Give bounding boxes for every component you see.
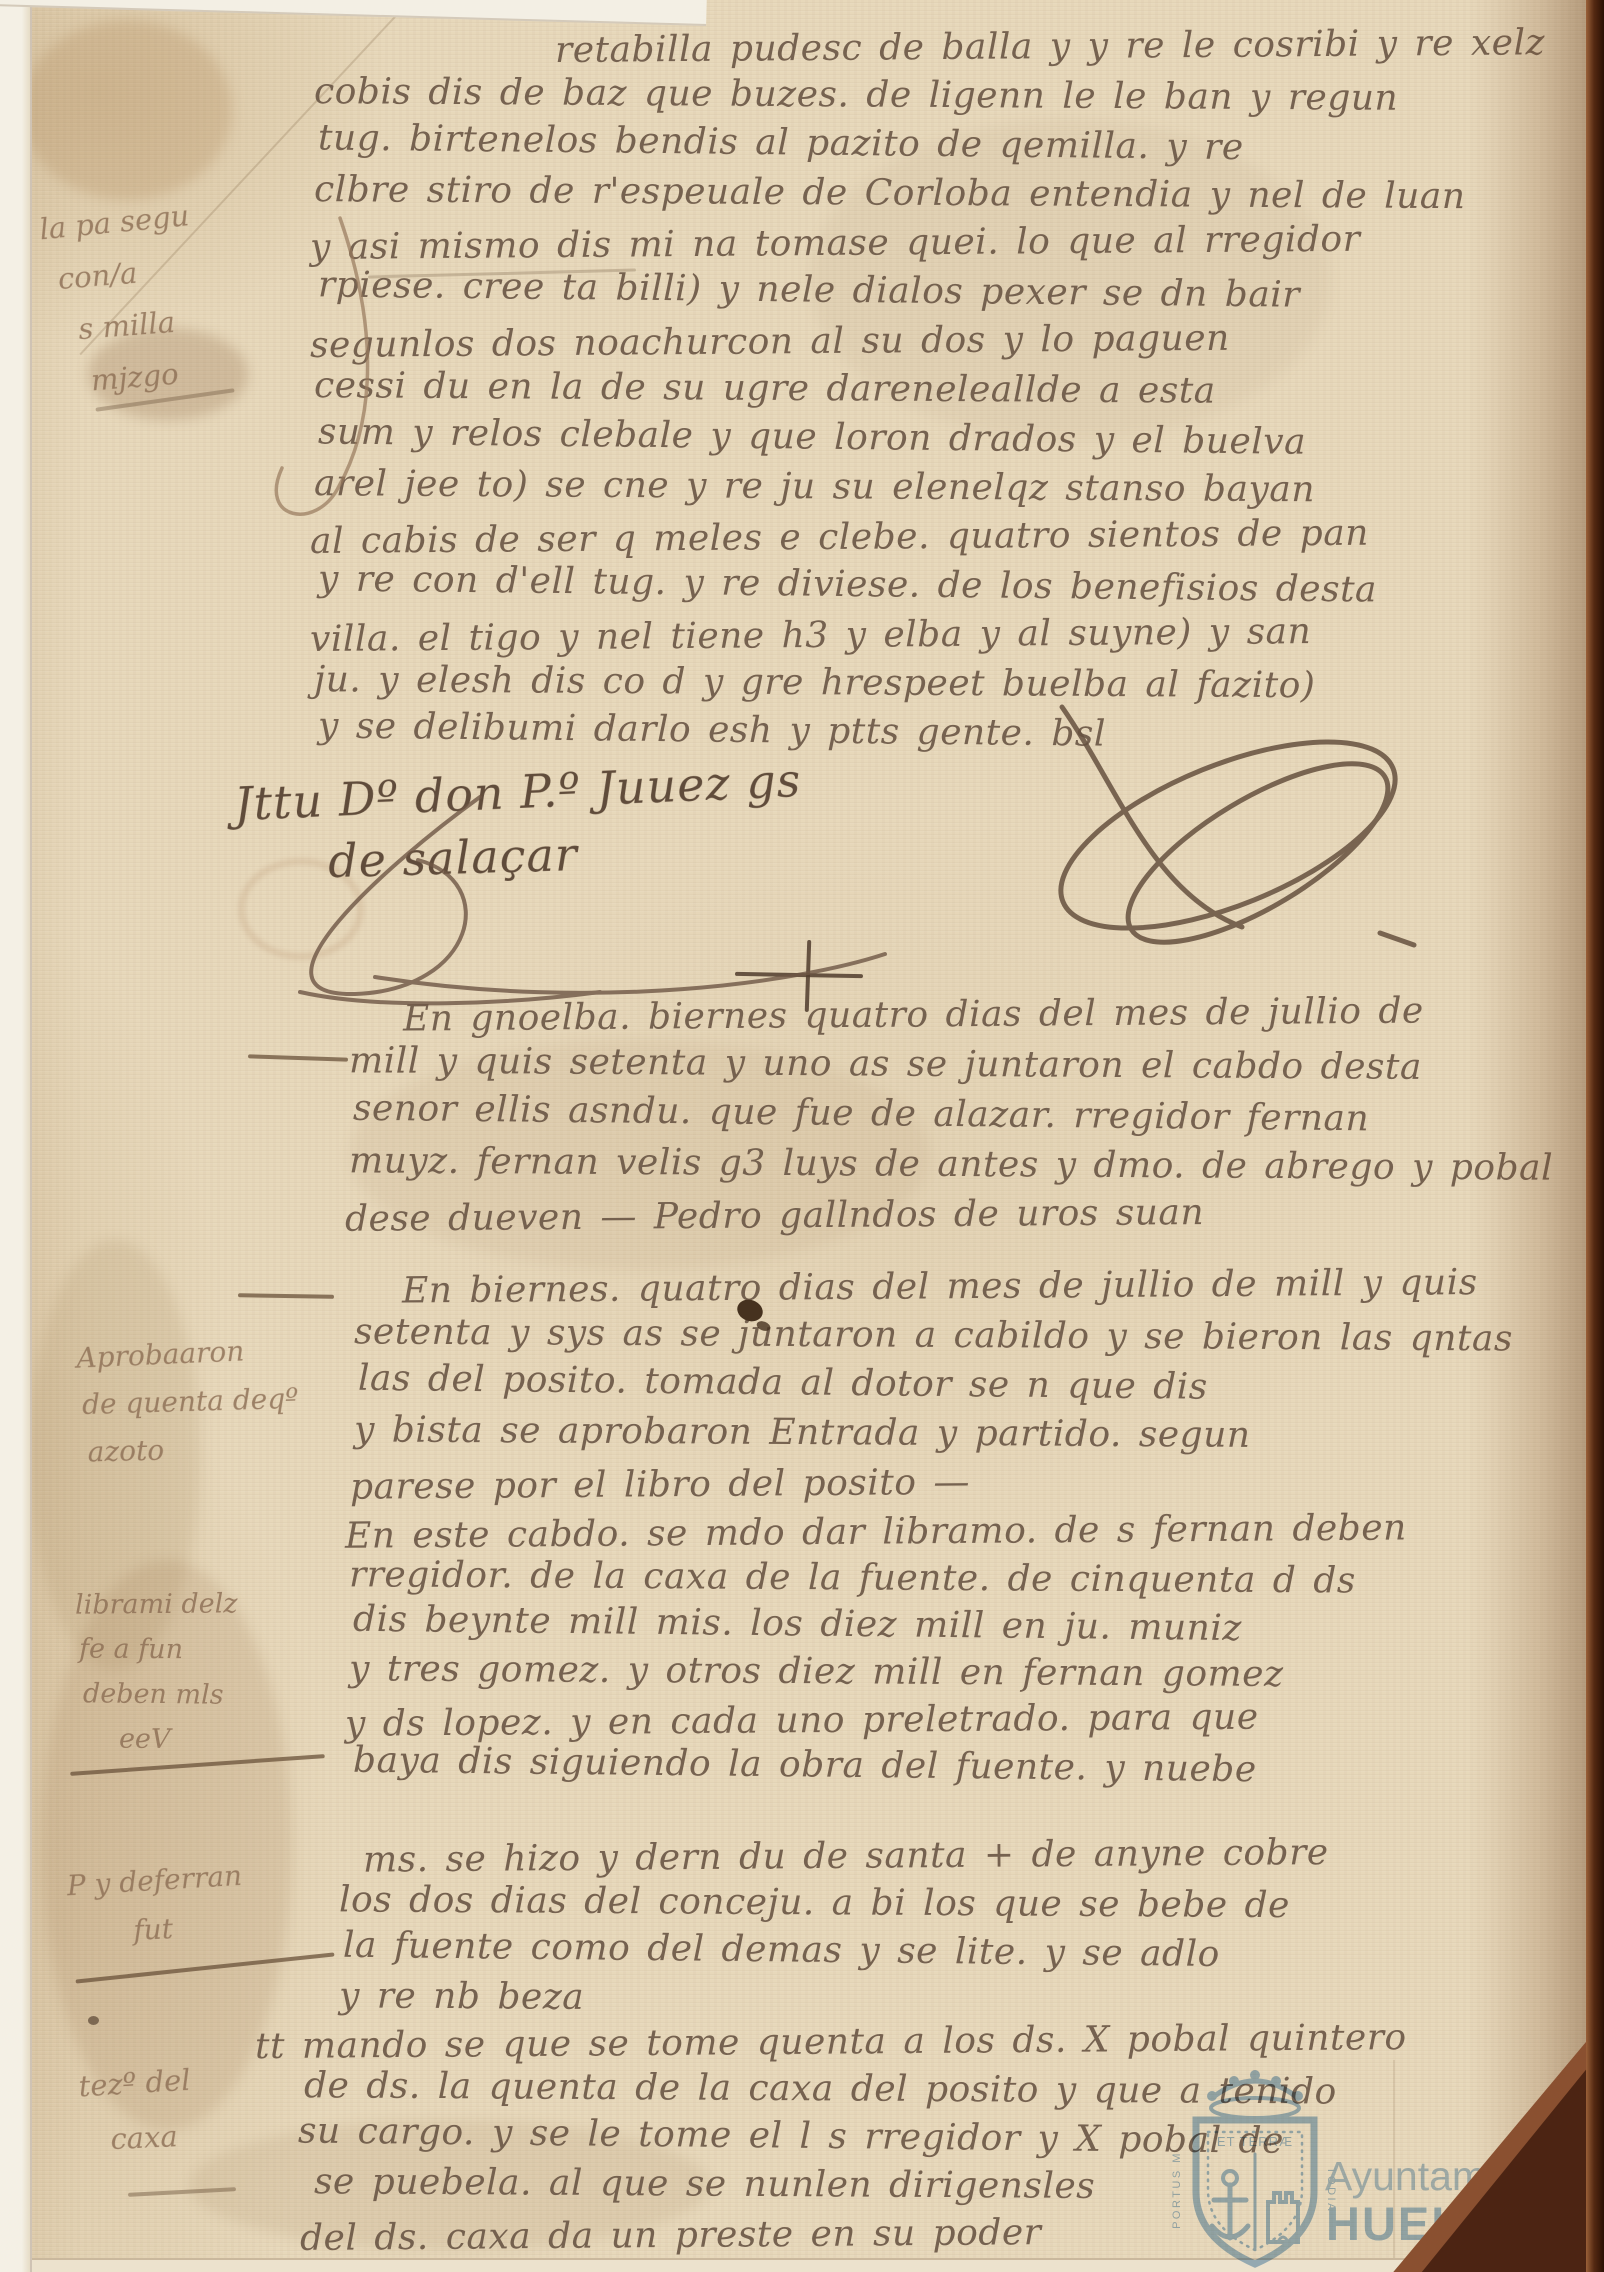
ink-blot (88, 2016, 99, 2025)
handwriting-line: fut (132, 1901, 250, 1955)
handwriting-line: de quenta deqº (81, 1375, 299, 1429)
body-paragraph-4: En este cabdo. se mdo dar libramo. de s … (345, 1508, 1560, 1790)
handwriting-line: dese dueven — Pedro gallndos de uros sua… (345, 1185, 1555, 1245)
manuscript-scan: retabilla pudesc de balla y y re le cosr… (0, 0, 1604, 2272)
handwriting-line: muyz. fernan velis g3 luys de antes y dm… (349, 1136, 1559, 1193)
body-paragraph-3: En biernes. quatro dias del mes de julli… (350, 1262, 1550, 1507)
margin-note-ferran: P y deferranfut (66, 1851, 246, 1958)
handwriting-line: fe a fun (79, 1627, 242, 1673)
handwriting-line: librami delz (75, 1581, 238, 1627)
signature-flourish (180, 742, 1080, 1042)
handwriting-line: En este cabdo. se mdo dar libramo. de s … (345, 1503, 1560, 1560)
body-paragraph-1: retabilla pudesc de balla y y re le cosr… (310, 22, 1580, 757)
handwriting-line: baya dis siguiendo la obra del fuente. y… (353, 1737, 1568, 1797)
handwriting-line: y bista se aprobaron Entrada y partido. … (354, 1405, 1554, 1461)
handwriting-line: arel jee to) se cne y re ju su elenelqz … (314, 459, 1584, 516)
shield-left-text: PORTUS M (1171, 2151, 1183, 2229)
handwriting-line: eeV (119, 1717, 242, 1763)
scan-left-edge (0, 0, 32, 2272)
handwriting-line: caxa (109, 2108, 198, 2167)
handwriting-line: parese por el libro del posito — (350, 1453, 1550, 1511)
handwriting-line: segunlos dos noachurcon al su dos y lo p… (310, 311, 1580, 370)
handwriting-line: retabilla pudesc de balla y y re le cosr… (555, 18, 1580, 75)
rubric-flourish (1000, 695, 1480, 985)
margin-flourish (40, 190, 370, 540)
body-paragraph-5: ms. se hizo y dern du de santa + de anyn… (335, 1832, 1535, 2024)
handwriting-line: tezº del (77, 2053, 192, 2115)
book-binding-edge (1586, 0, 1604, 2272)
margin-note-approbation: Aprobaaronde quenta deqºazoto (76, 1326, 297, 1477)
margin-note-caxa: tezº delcaxa (77, 2053, 195, 2169)
huelva-coat-of-arms (1196, 2070, 1314, 2264)
handwriting-line: Aprobaaron (75, 1325, 293, 1382)
handwriting-line: villa. el tigo y nel tiene h3 y elba y a… (310, 605, 1580, 664)
handwriting-line: azoto (87, 1423, 304, 1476)
handwriting-line: deben mls (83, 1671, 246, 1718)
handwriting-line: En biernes. quatro dias del mes de julli… (402, 1257, 1550, 1315)
gutter-shadow (1468, 0, 1586, 2272)
margin-note-libramiento: librami delzfe a fundeben mlseeV (75, 1582, 238, 1762)
handwriting-line: ms. se hizo y dern du de santa + de anyn… (363, 1827, 1535, 1884)
handwriting-line: y tres gomez. y otros diez mill en ferna… (349, 1645, 1564, 1699)
shield-band-text: ET TERRÆ (1217, 2134, 1293, 2149)
handwriting-line: clbre stiro de r'espeuale de Corloba ent… (314, 165, 1584, 222)
